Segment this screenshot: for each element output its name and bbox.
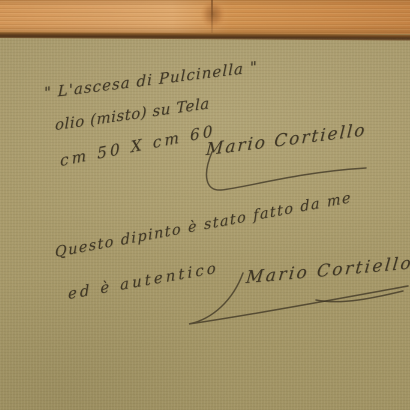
stretcher-bar bbox=[0, 0, 410, 34]
canvas-back-photo: " L'ascesa di Pulcinella " olio (misto) … bbox=[0, 0, 410, 410]
wood-knot-crack bbox=[211, 0, 213, 33]
